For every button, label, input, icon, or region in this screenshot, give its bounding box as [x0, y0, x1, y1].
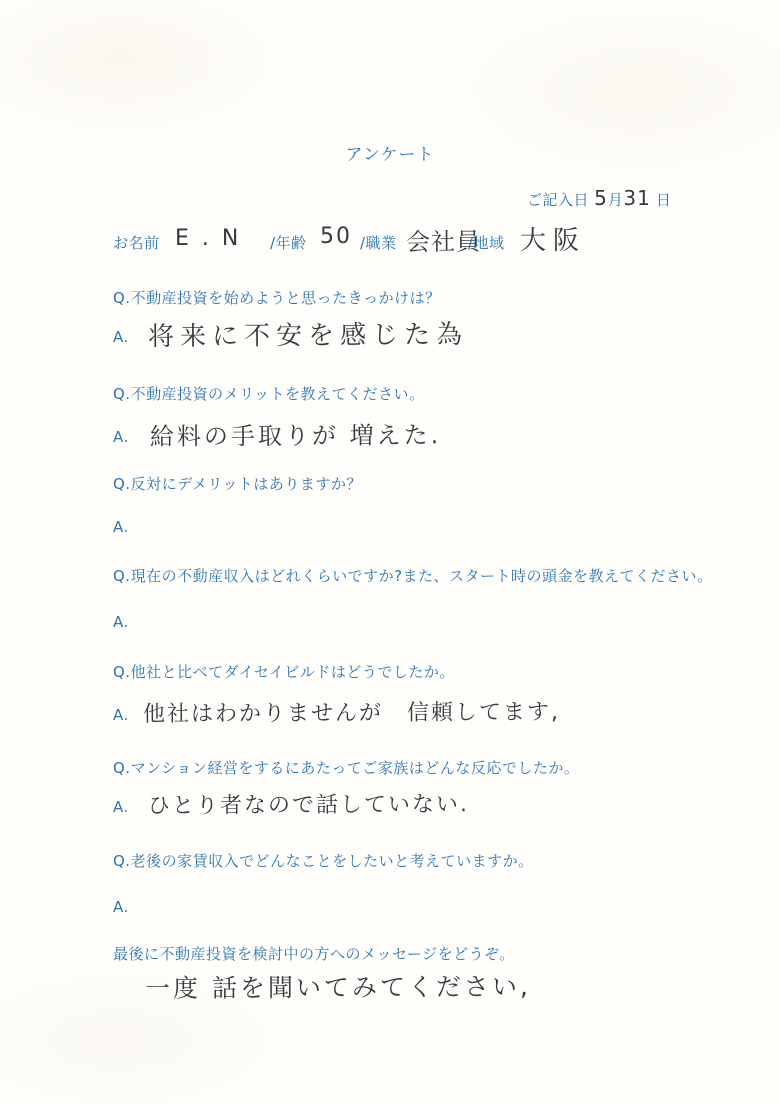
question-text-4: Q.現在の不動産収入はどれくらいですか?また、スタート時の頭金を教えてください。	[113, 565, 713, 586]
answer-label-3: A.	[113, 518, 129, 536]
fill-date-line: ご記入日 5月31 日	[527, 186, 671, 210]
question-text-6: Q.マンション経営をするにあたってご家族はどんな反応でしたか。	[113, 757, 579, 778]
handwritten-answer-2: 給料の手取りが 増えた.	[150, 415, 441, 452]
fill-date-label: ご記入日	[527, 191, 589, 209]
question-text-5: Q.他社と比べてダイセイビルドはどうでしたか。	[113, 661, 455, 682]
profile-age-value: 50	[320, 224, 352, 249]
answer-label-5: A.	[113, 706, 129, 724]
handwritten-answer-5: 他社はわかりませんが 信頼してます,	[143, 695, 560, 728]
handwritten-answer-1: 将来に不安を感じた為	[148, 314, 468, 353]
answer-label-1: A.	[113, 328, 129, 346]
fill-date-day-unit: 日	[656, 191, 672, 209]
question-text-2: Q.不動産投資のメリットを教えてください。	[113, 383, 424, 404]
page-title: アンケート	[0, 140, 780, 165]
profile-age-label: /年齢	[270, 232, 307, 253]
handwritten-answer-6: ひとり者なので話していない.	[148, 787, 469, 820]
answer-label-7: A.	[113, 898, 129, 916]
answer-label-2: A.	[113, 428, 129, 446]
profile-region-label: /地域	[468, 232, 505, 253]
fill-date-month-value: 5	[594, 186, 608, 210]
fill-date-month-unit: 月	[608, 191, 624, 209]
answer-label-4: A.	[113, 613, 129, 631]
answer-label-6: A.	[113, 798, 129, 816]
profile-region-value: 大阪	[520, 220, 586, 257]
closing-handwritten-answer: 一度 話を聞いてみてください,	[145, 967, 531, 1005]
profile-name-label: お名前	[113, 232, 160, 253]
fill-date-day-value: 31	[623, 186, 650, 210]
scanned-survey-page: アンケート ご記入日 5月31 日 お名前 E . N /年齢 50 /職業 会…	[0, 0, 780, 1104]
question-text-3: Q.反対にデメリットはありますか？	[113, 473, 362, 494]
question-text-1: Q.不動産投資を始めようと思ったきっかけは？	[113, 287, 441, 308]
question-text-7: Q.老後の家賃収入でどんなことをしたいと考えていますか。	[113, 850, 534, 871]
profile-job-label: /職業	[360, 232, 397, 253]
closing-prompt: 最後に不動産投資を検討中の方へのメッセージをどうぞ。	[113, 943, 515, 964]
profile-name-value: E . N	[175, 226, 241, 251]
